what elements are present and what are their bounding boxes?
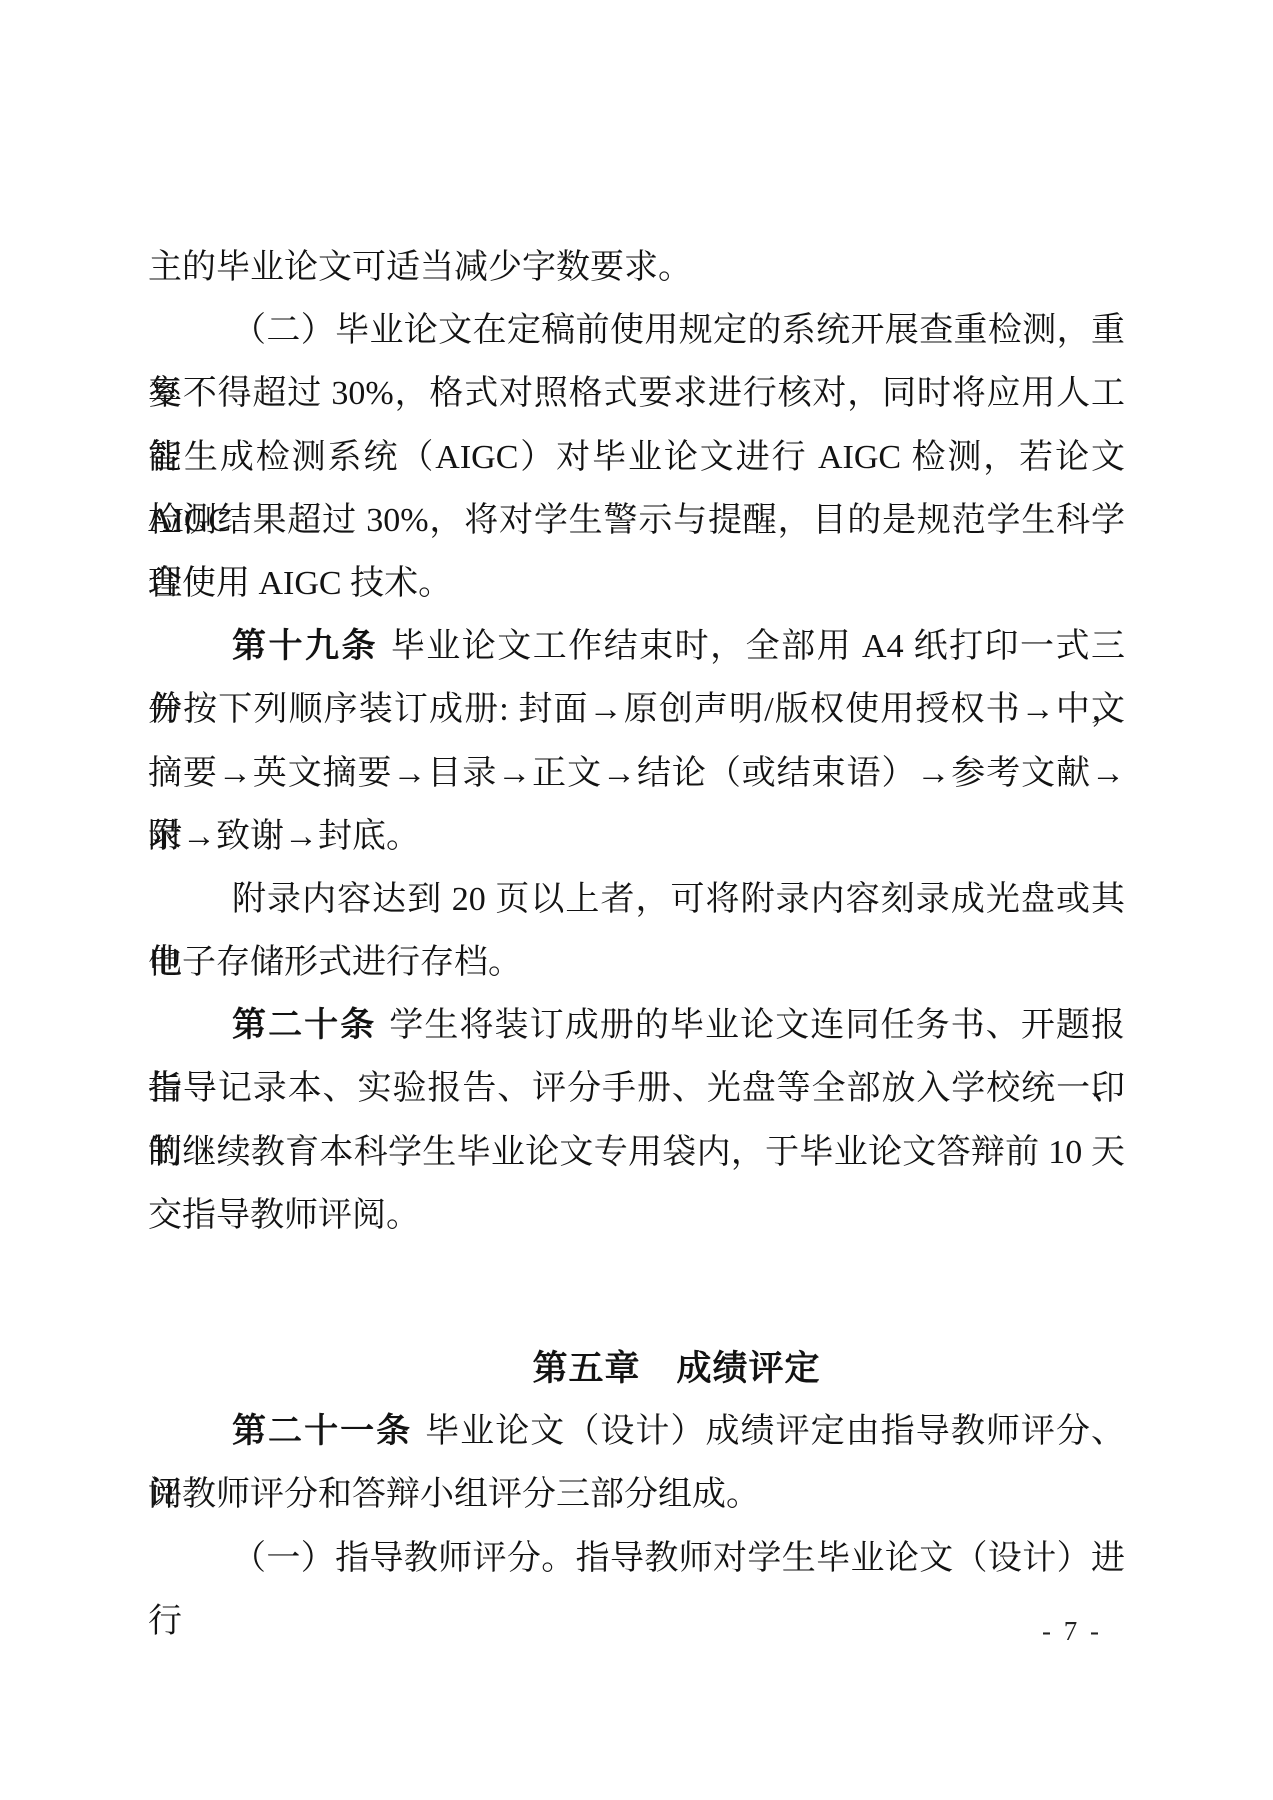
- text-line: 率不得超过 30%，格式对照格式要求进行核对，同时将应用人工智: [148, 362, 1125, 425]
- text-line: 第十九条毕业论文工作结束时，全部用 A4 纸打印一式三份，: [148, 615, 1125, 678]
- text-line: 指导记录本、实验报告、评分手册、光盘等全部放入学校统一印制: [148, 1057, 1125, 1120]
- text-line: 能生成检测系统（AIGC）对毕业论文进行 AIGC 检测，若论文 AIGC: [148, 426, 1125, 489]
- text-line: 主的毕业论文可适当减少字数要求。: [148, 236, 1125, 299]
- article-term: 第十九条: [232, 627, 378, 665]
- text-line: 检测结果超过 30%，将对学生警示与提醒，目的是规范学生科学合: [148, 489, 1125, 552]
- text-line: 第二十一条毕业论文（设计）成绩评定由指导教师评分、评: [148, 1400, 1125, 1463]
- page-number: - 7 -: [1042, 1616, 1102, 1647]
- text-line: （二）毕业论文在定稿前使用规定的系统开展查重检测，重复: [148, 299, 1125, 362]
- document-body: 主的毕业论文可适当减少字数要求。 （二）毕业论文在定稿前使用规定的系统开展查重检…: [148, 236, 1125, 1590]
- chapter-heading: 第五章 成绩评定: [148, 1337, 1125, 1400]
- document-page: 主的毕业论文可适当减少字数要求。 （二）毕业论文在定稿前使用规定的系统开展查重检…: [0, 0, 1273, 1800]
- text-line: 理使用 AIGC 技术。: [148, 552, 1125, 615]
- text-line: 摘要→英文摘要→目录→正文→结论（或结束语）→参考文献→附: [148, 742, 1125, 805]
- article-term: 第二十一条: [232, 1412, 412, 1450]
- article-term: 第二十条: [232, 1006, 376, 1044]
- text-line: 第二十条学生将装订成册的毕业论文连同任务书、开题报告、: [148, 994, 1125, 1057]
- text-line: （一）指导教师评分。指导教师对学生毕业论文（设计）进行: [148, 1527, 1125, 1590]
- text-line: 的继续教育本科学生毕业论文专用袋内，于毕业论文答辩前 10 天: [148, 1121, 1125, 1184]
- text-line: 阅教师评分和答辩小组评分三部分组成。: [148, 1463, 1125, 1526]
- text-line: 录→致谢→封底。: [148, 805, 1125, 868]
- text-line: 附录内容达到 20 页以上者，可将附录内容刻录成光盘或其他: [148, 868, 1125, 931]
- text-line: 电子存储形式进行存档。: [148, 931, 1125, 994]
- text-line: 并按下列顺序装订成册: 封面→原创声明/版权使用授权书→中文: [148, 678, 1125, 741]
- text-line: 交指导教师评阅。: [148, 1184, 1125, 1247]
